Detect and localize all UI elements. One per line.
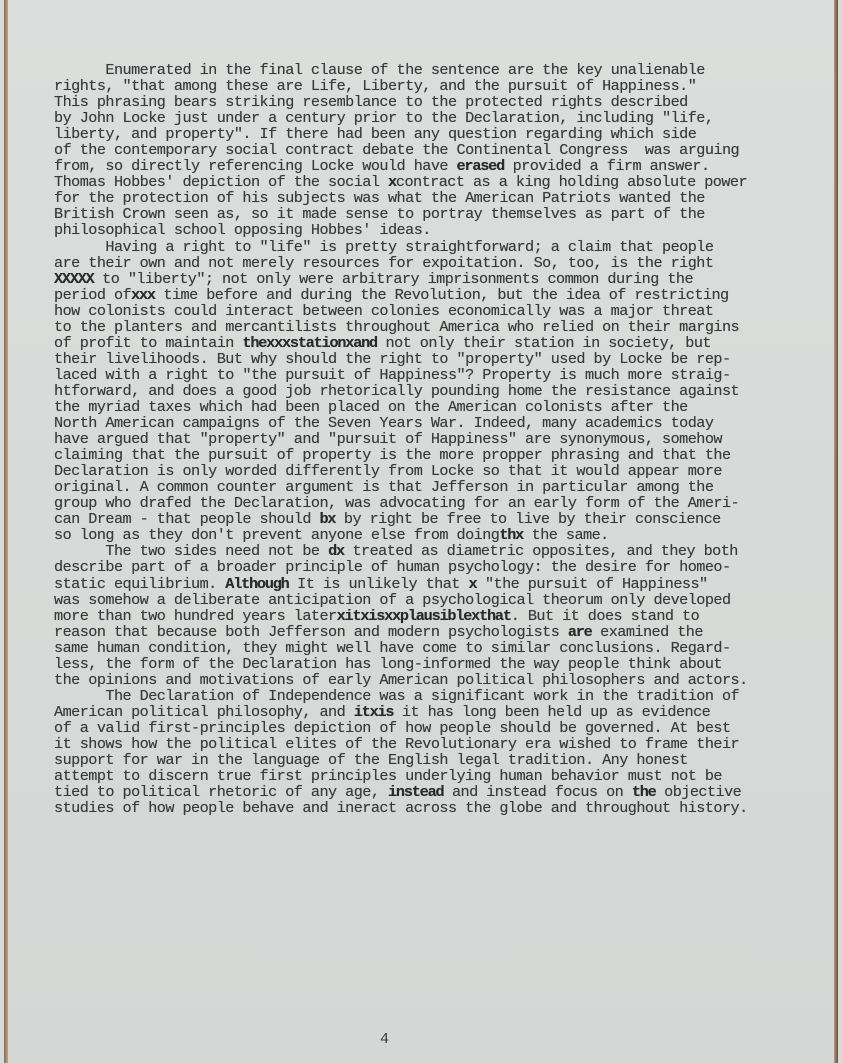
text-line: Enumerated in the final clause of the se… xyxy=(54,62,842,78)
text-line: XXXXX to "liberty"; not only were arbitr… xyxy=(54,271,842,287)
text-line: was somehow a deliberate anticipation of… xyxy=(54,592,842,608)
text-segment: studies of how people behave and ineract… xyxy=(54,799,748,817)
text-line: describe part of a broader principle of … xyxy=(54,559,842,575)
text-line: from, so directly referencing Locke woul… xyxy=(54,158,842,174)
text-line: philosophical school opposing Hobbes' id… xyxy=(54,222,842,238)
text-line: period ofxxx time before and during the … xyxy=(54,287,842,303)
text-line: claiming that the pursuit of property is… xyxy=(54,447,842,463)
text-line: are their own and not merely resources f… xyxy=(54,255,842,271)
text-line: the myriad taxes which had been placed o… xyxy=(54,399,842,415)
text-line: same human condition, they might well ha… xyxy=(54,640,842,656)
text-line: The Declaration of Independence was a si… xyxy=(54,688,842,704)
text-line: of the contemporary social contract deba… xyxy=(54,142,842,158)
text-line: tied to political rhetoric of any age, i… xyxy=(54,784,842,800)
text-line: This phrasing bears striking resemblance… xyxy=(54,94,842,110)
text-line: to the planters and mercantilists throug… xyxy=(54,319,842,335)
text-line: have argued that "property" and "pursuit… xyxy=(54,431,842,447)
text-line: Thomas Hobbes' depiction of the social x… xyxy=(54,174,842,190)
text-line: less, the form of the Declaration has lo… xyxy=(54,656,842,672)
text-line: Declaration is only worded differently f… xyxy=(54,463,842,479)
text-line: by John Locke just under a century prior… xyxy=(54,110,842,126)
text-line: rights, "that among these are Life, Libe… xyxy=(54,78,842,94)
text-line: more than two hundred years laterxitxisx… xyxy=(54,608,842,624)
text-line: Having a right to "life" is pretty strai… xyxy=(54,239,842,255)
text-line: The two sides need not be dx treated as … xyxy=(54,543,842,559)
text-line: htforward, and does a good job rhetorica… xyxy=(54,383,842,399)
text-line: for the protection of his subjects was w… xyxy=(54,190,842,206)
page-edge-left xyxy=(4,0,8,1063)
text-line: so long as they don't prevent anyone els… xyxy=(54,527,842,543)
text-line: of profit to maintain thexxxstationxand … xyxy=(54,335,842,351)
text-line: American political philosophy, and itxis… xyxy=(54,704,842,720)
text-line: British Crown seen as, so it made sense … xyxy=(54,206,842,222)
text-line: North American campaigns of the Seven Ye… xyxy=(54,415,842,431)
text-line: the opinions and motivations of early Am… xyxy=(54,672,842,688)
text-line: laced with a right to "the pursuit of Ha… xyxy=(54,367,842,383)
typewritten-body-text: Enumerated in the final clause of the se… xyxy=(54,62,842,816)
page-number: 4 xyxy=(380,1031,389,1048)
text-line: studies of how people behave and ineract… xyxy=(54,800,842,816)
text-line: liberty, and property". If there had bee… xyxy=(54,126,842,142)
text-line: how colonists could interact between col… xyxy=(54,303,842,319)
text-line: static equilibrium. Although It is unlik… xyxy=(54,576,842,592)
text-line: group who drafed the Declaration, was ad… xyxy=(54,495,842,511)
text-line: original. A common counter argument is t… xyxy=(54,479,842,495)
text-line: their livelihoods. But why should the ri… xyxy=(54,351,842,367)
text-line: it shows how the political elites of the… xyxy=(54,736,842,752)
text-line: of a valid first-principles depiction of… xyxy=(54,720,842,736)
text-line: support for war in the language of the E… xyxy=(54,752,842,768)
document-page: Enumerated in the final clause of the se… xyxy=(4,0,838,1063)
text-line: can Dream - that people should bx by rig… xyxy=(54,511,842,527)
text-line: attempt to discern true first principles… xyxy=(54,768,842,784)
text-line: reason that because both Jefferson and m… xyxy=(54,624,842,640)
